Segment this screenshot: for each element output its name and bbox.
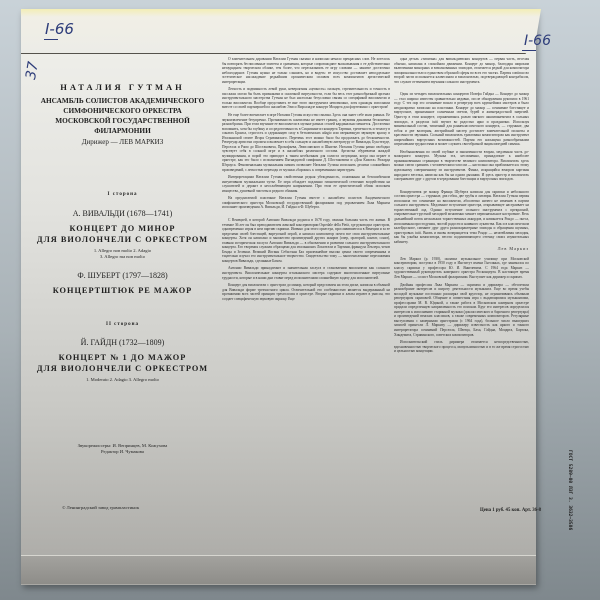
movements-haydn: 1. Moderato 2. Adagio 3. Allegro molto (30, 377, 215, 383)
liner-paragraph: О замечательном даровании Наталии Гутман… (222, 57, 390, 84)
ensemble-line: СИМФОНИЧЕСКОГО ОРКЕСТРА (30, 106, 215, 116)
ensemble-line: ФИЛАРМОНИИ (30, 126, 215, 136)
sleeve-top-flap (21, 9, 541, 54)
work-line: КОНЦЕРТ ДО МИНОР (30, 223, 215, 234)
ensemble-line: МОСКОВСКОЙ ГОСУДАРСТВЕННОЙ (30, 116, 215, 126)
work-line: ДЛЯ ВИОЛОНЧЕЛИ С ОРКЕСТРОМ (30, 363, 215, 374)
conductor-credit: Дирижер — ЛЕВ МАРКИЗ (30, 138, 215, 146)
handwriting-underline (522, 50, 536, 51)
ensemble-name: АНСАМБЛЬ СОЛИСТОВ АКАДЕМИЧЕСКОГО СИМФОНИ… (30, 96, 215, 136)
editor-credit: Редактор И. Чумакова (30, 449, 215, 455)
liner-paragraph: Легкость и подвижность левой руки, невер… (222, 87, 390, 110)
handwritten-catalog-mark-left: I-66 (45, 20, 74, 38)
liner-paragraph: Лев Маркиз (р. 1930), окончил музыкально… (394, 257, 529, 280)
manufacturer-credit: © Ленинградский завод грампластинок (62, 505, 139, 510)
liner-notes-right-column: одна деталь «типична» для вивальдиевских… (394, 57, 529, 471)
liner-paragraph: одна деталь «типична» для вивальдиевских… (394, 57, 529, 84)
movement-line: 3. Allegro ma non molto (30, 254, 215, 260)
liner-notes-middle-column: О замечательном даровании Наталии Гутман… (222, 57, 390, 504)
composer-schubert: Ф. ШУБЕРТ (1797—1828) (30, 271, 215, 280)
liner-paragraph: Двойная профессия Льва Маркиза — скрипач… (394, 283, 529, 338)
work-line: КОНЦЕРТ № 1 ДО МАЖОР (30, 352, 215, 363)
liner-paragraph: С Венецией, в которой Антонио Вивальди р… (222, 218, 390, 263)
work-line: ДЛЯ ВИОЛОНЧЕЛИ С ОРКЕСТРОМ (30, 234, 215, 245)
handwriting-underline (44, 39, 58, 40)
movements-vivaldi: 1. Allegro non molto 2. Adagio 3. Allegr… (30, 248, 215, 260)
liner-paragraph: Исполнительский стиль дирижера отличаетс… (394, 340, 529, 354)
spine-catalog-code: ГОСТ 5289—80 ЛЗГ З. 3632—3586 (567, 450, 572, 530)
liner-paragraph: Интерпретациям Наталии Гутман свойственн… (222, 175, 390, 193)
work-title-haydn: КОНЦЕРТ № 1 ДО МАЖОР ДЛЯ ВИОЛОНЧЕЛИ С ОР… (30, 352, 215, 374)
liner-paragraph: Один из четырех виолончельных концертов … (394, 92, 529, 147)
handwritten-catalog-mark-right: I-66 (524, 33, 551, 49)
ensemble-line: АНСАМБЛЬ СОЛИСТОВ АКАДЕМИЧЕСКОГО (30, 96, 215, 106)
liner-paragraph: Необыкновенна по своей глубине и законче… (394, 150, 529, 182)
composer-vivaldi: А. ВИВАЛЬДИ (1678—1741) (30, 209, 215, 218)
track-listing-column: НАТАЛИЯ ГУТМАН АНСАМБЛЬ СОЛИСТОВ АКАДЕМИ… (30, 60, 215, 455)
work-title-schubert: КОНЦЕРТШТЮК РЕ МАЖОР (30, 285, 215, 296)
composer-haydn: Й. ГАЙДН (1732—1809) (30, 338, 215, 347)
liner-paragraph: Концерт для виолончели с оркестром до ми… (222, 283, 390, 301)
side-2-label: II сторона (30, 322, 215, 327)
sleeve-bottom-flap (21, 555, 536, 584)
liner-paragraph: Не еще более впечатляет в игре Наталии Г… (222, 113, 390, 172)
side-1-label: I сторона (30, 192, 215, 197)
movement-line: 1. Moderato 2. Adagio 3. Allegro molto (30, 377, 215, 383)
artist-name: НАТАЛИЯ ГУТМАН (30, 82, 215, 92)
liner-paragraph: Концертштюк ре мажор Франца Шуберта напи… (394, 190, 529, 245)
production-credits: Звукорежиссеры: И. Вепринцев, М. Кожухов… (30, 443, 215, 455)
liner-paragraph: На предлагаемой пластинке Наталия Гутман… (222, 196, 390, 210)
price-label: Цена 1 руб. 45 коп. Арт. 36-8 (480, 508, 541, 513)
work-title-vivaldi: КОНЦЕРТ ДО МИНОР ДЛЯ ВИОЛОНЧЕЛИ С ОРКЕСТ… (30, 223, 215, 245)
liner-paragraph: Антонио Вивальди принадлежит и значитель… (222, 266, 390, 280)
work-line: КОНЦЕРТШТЮК РЕ МАЖОР (30, 285, 215, 296)
author-signature: Лев Маркиз (394, 247, 529, 252)
